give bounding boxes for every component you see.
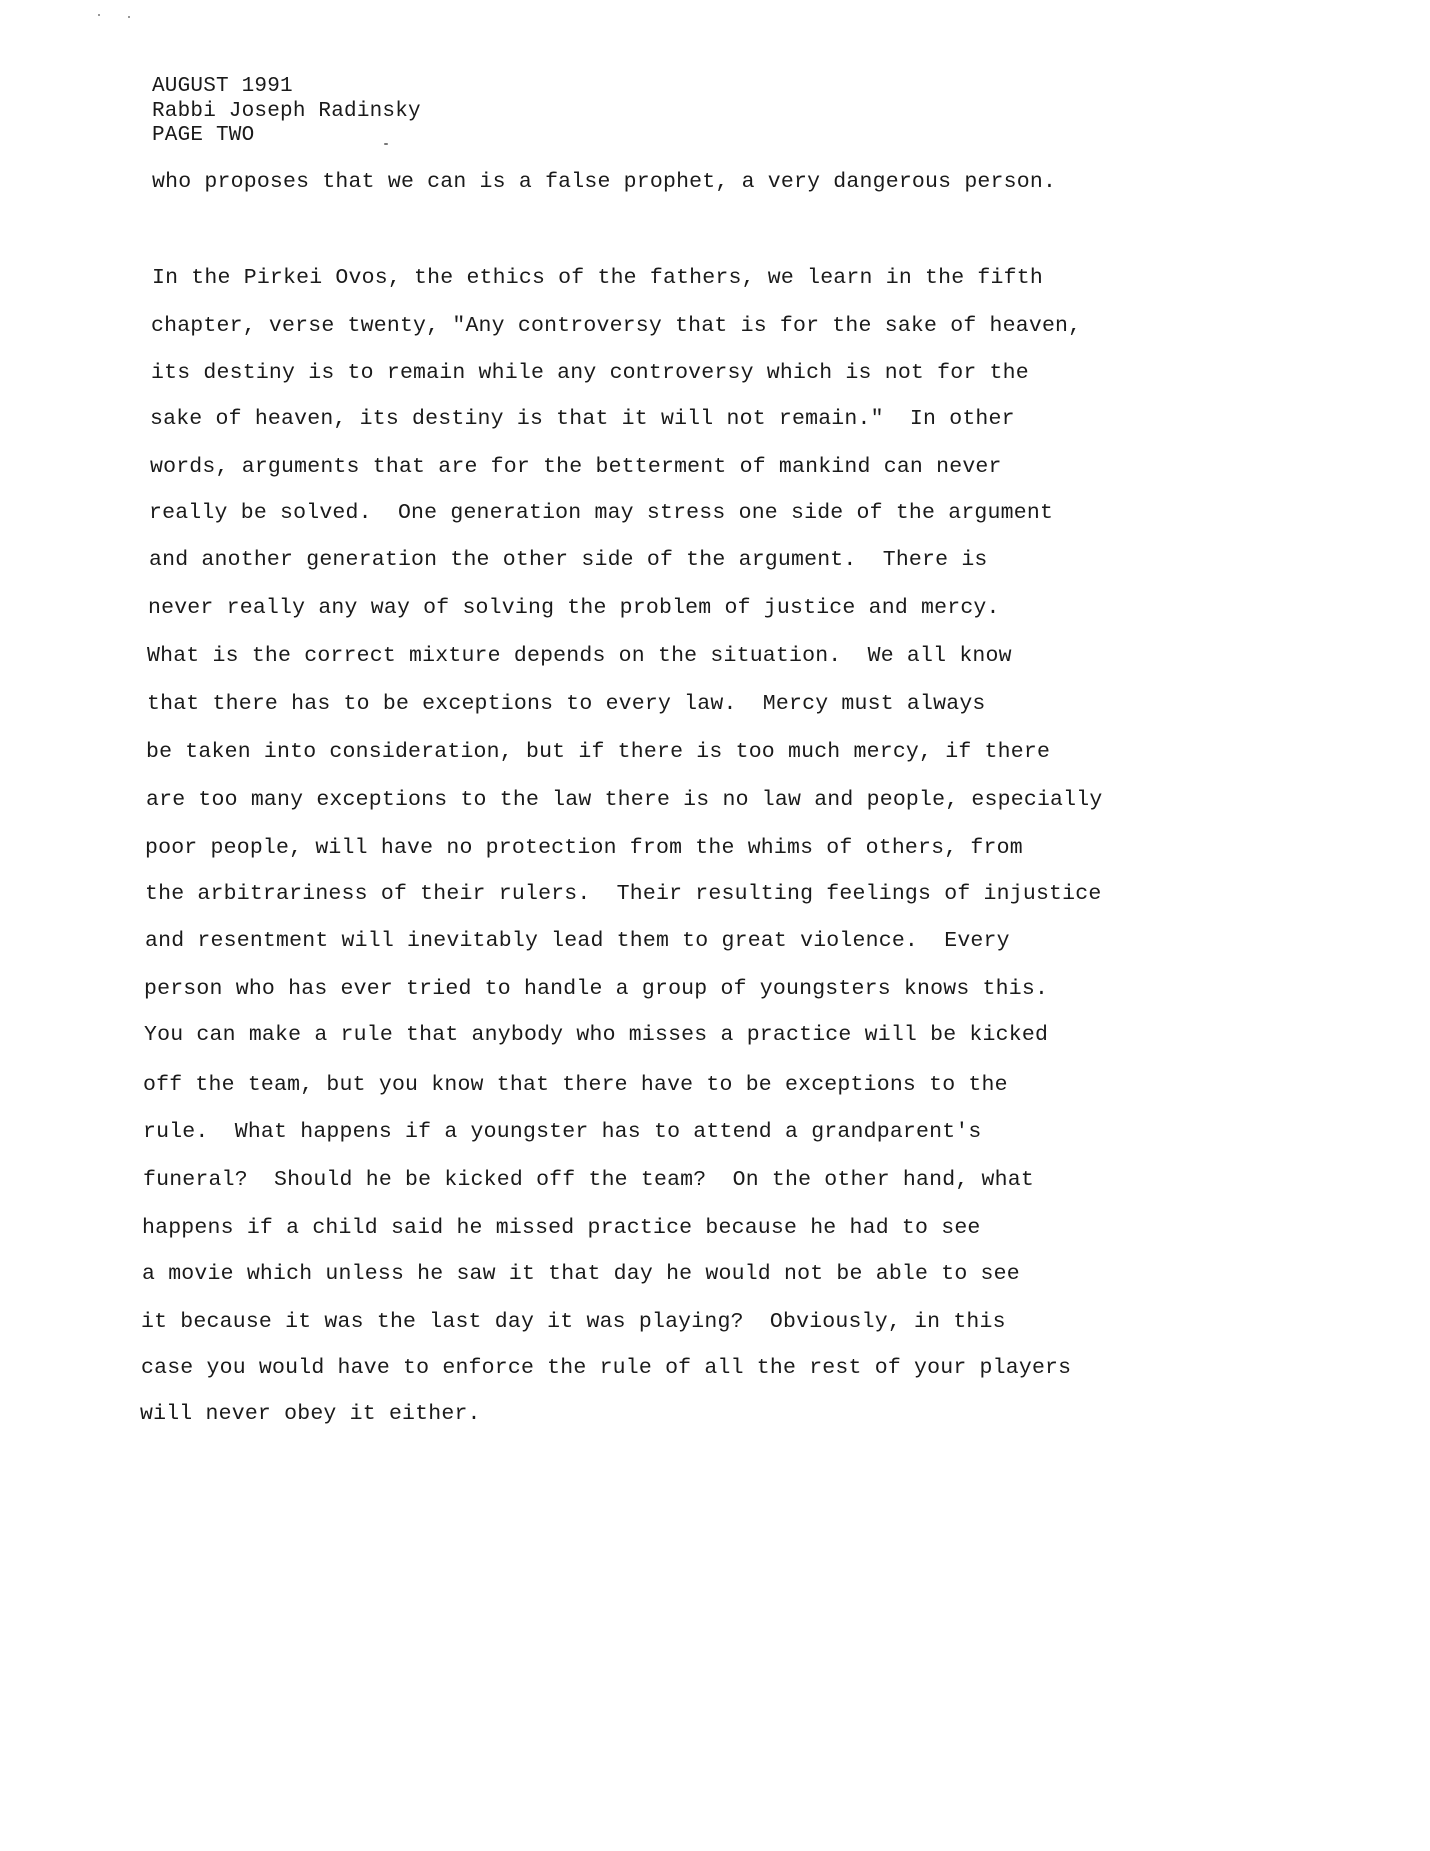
body-line: be taken into consideration, but if ther… [146, 742, 1050, 764]
body-line: funeral? Should he be kicked off the tea… [143, 1170, 1034, 1192]
header-author: Rabbi Joseph Radinsky [152, 101, 421, 122]
body-line: What is the correct mixture depends on t… [147, 646, 1012, 668]
document-page: AUGUST 1991 Rabbi Joseph Radinsky PAGE T… [0, 0, 1430, 1851]
body-line: a movie which unless he saw it that day … [142, 1264, 1020, 1286]
body-line: never really any way of solving the prob… [148, 598, 1000, 620]
body-line: happens if a child said he missed practi… [142, 1218, 981, 1240]
body-line: it because it was the last day it was pl… [141, 1312, 1006, 1334]
body-line: person who has ever tried to handle a gr… [144, 979, 1048, 1001]
body-line: are too many exceptions to the law there… [146, 790, 1102, 812]
body-line: In the Pirkei Ovos, the ethics of the fa… [152, 268, 1043, 290]
body-line: rule. What happens if a youngster has to… [143, 1122, 982, 1144]
scan-speck [128, 16, 130, 18]
body-line: will never obey it either. [140, 1404, 481, 1426]
header-date: AUGUST 1991 [152, 76, 293, 97]
body-line: the arbitrariness of their rulers. Their… [145, 884, 1101, 906]
body-line: words, arguments that are for the better… [150, 457, 1002, 479]
body-line: really be solved. One generation may str… [149, 503, 1053, 525]
body-line: off the team, but you know that there ha… [143, 1075, 1008, 1097]
body-line: who proposes that we can is a false prop… [152, 172, 1056, 194]
header-page-number: PAGE TWO [152, 125, 254, 146]
body-line: and resentment will inevitably lead them… [145, 931, 1010, 953]
body-line: sake of heaven, its destiny is that it w… [150, 409, 1015, 431]
scan-speck [98, 14, 100, 16]
body-line: chapter, verse twenty, "Any controversy … [151, 316, 1081, 338]
scan-speck [384, 143, 388, 145]
body-line: its destiny is to remain while any contr… [151, 363, 1029, 385]
body-line: case you would have to enforce the rule … [141, 1358, 1071, 1380]
body-line: You can make a rule that anybody who mis… [144, 1025, 1048, 1047]
body-line: that there has to be exceptions to every… [147, 694, 986, 716]
body-line: and another generation the other side of… [149, 550, 988, 572]
body-line: poor people, will have no protection fro… [145, 838, 1023, 860]
